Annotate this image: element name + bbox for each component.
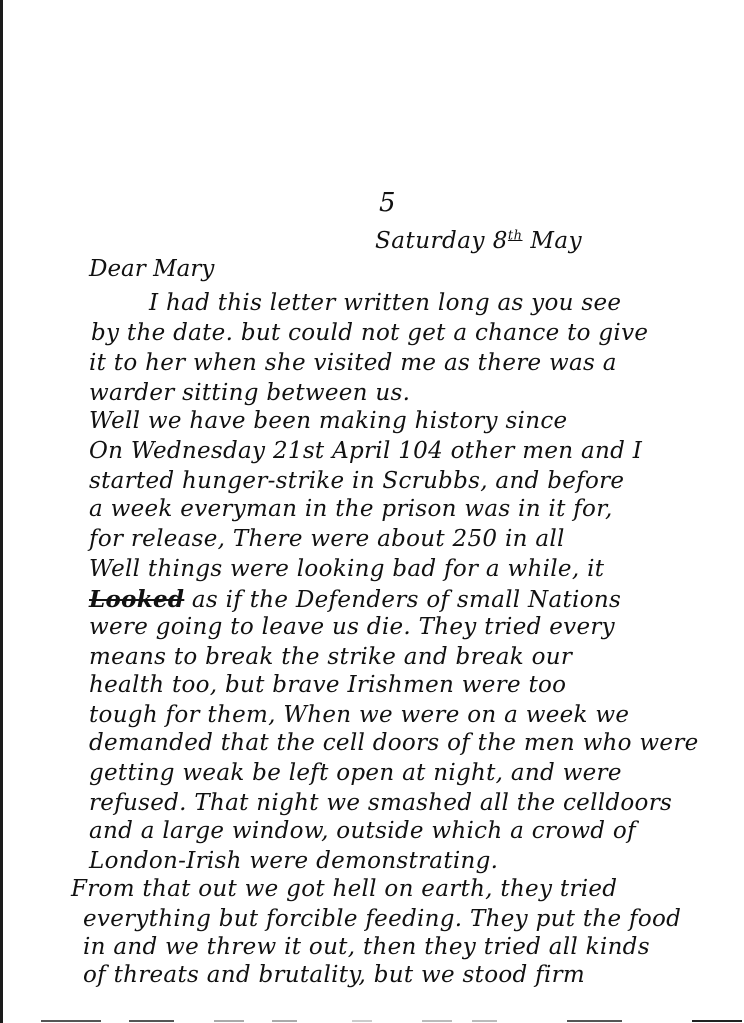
letter-line: by the date. but could not get a chance …	[91, 320, 648, 346]
letter-date: Saturday 8th May	[375, 228, 582, 254]
letter-line: in and we threw it out, then they tried …	[83, 934, 650, 960]
line-text: I had this letter written long as you se…	[149, 290, 621, 316]
date-day: Saturday 8	[375, 228, 508, 254]
letter-line: refused. That night we smashed all the c…	[89, 790, 672, 816]
line-text: warder sitting between us.	[89, 380, 410, 406]
letter-line: warder sitting between us.	[89, 380, 410, 406]
letter-line: everything but forcible feeding. They pu…	[83, 906, 681, 932]
line-text: by the date. but could not get a chance …	[91, 320, 648, 346]
line-text: On Wednesday 21st April 104 other men an…	[89, 438, 642, 464]
letter-line: of threats and brutality, but we stood f…	[83, 962, 585, 988]
letter-line: for release, There were about 250 in all	[89, 526, 565, 552]
letter-line: a week everyman in the prison was in it …	[89, 496, 613, 522]
line-text: a week everyman in the prison was in it …	[89, 496, 613, 522]
letter-line: London-Irish were demonstrating.	[89, 848, 498, 874]
letter-line: From that out we got hell on earth, they…	[71, 876, 617, 902]
line-text: of threats and brutality, but we stood f…	[83, 962, 585, 988]
line-text: refused. That night we smashed all the c…	[89, 790, 672, 816]
line-text: everything but forcible feeding. They pu…	[83, 906, 681, 932]
letter-line: tough for them, When we were on a week w…	[89, 702, 629, 728]
page-number: 5	[379, 188, 396, 218]
struck-word: Looked	[89, 586, 184, 613]
letter-line: health too, but brave Irishmen were too	[89, 672, 566, 698]
letter-line: were going to leave us die. They tried e…	[89, 614, 615, 640]
letter-line: Well we have been making history since	[89, 408, 567, 434]
line-text: Well we have been making history since	[89, 408, 567, 434]
line-text: Well things were looking bad for a while…	[89, 556, 604, 582]
letter-line: means to break the strike and break our	[89, 644, 572, 670]
line-text: getting weak be left open at night, and …	[89, 760, 622, 786]
line-text: health too, but brave Irishmen were too	[89, 672, 566, 698]
letter-line: started hunger-strike in Scrubbs, and be…	[89, 468, 624, 494]
letter-line: getting weak be left open at night, and …	[89, 760, 622, 786]
letter-line: and a large window, outside which a crow…	[89, 818, 636, 844]
scan-bottom-edge	[3, 1019, 744, 1023]
letter-line: I had this letter written long as you se…	[149, 290, 621, 316]
date-month: May	[530, 228, 582, 254]
letter-line: demanded that the cell doors of the men …	[89, 730, 699, 756]
line-text: London-Irish were demonstrating.	[89, 848, 498, 874]
line-text: From that out we got hell on earth, they…	[71, 876, 617, 902]
line-text: and a large window, outside which a crow…	[89, 818, 636, 844]
line-text: demanded that the cell doors of the men …	[89, 730, 699, 756]
line-text: started hunger-strike in Scrubbs, and be…	[89, 468, 624, 494]
letter-line: it to her when she visited me as there w…	[89, 350, 617, 376]
line-text: means to break the strike and break our	[89, 644, 572, 670]
letter-line: On Wednesday 21st April 104 other men an…	[89, 438, 642, 464]
line-text: it to her when she visited me as there w…	[89, 350, 617, 376]
date-suffix: th	[508, 228, 523, 243]
line-text: tough for them, When we were on a week w…	[89, 702, 629, 728]
line-text: as if the Defenders of small Nations	[184, 587, 621, 613]
line-text: for release, There were about 250 in all	[89, 526, 565, 552]
letter-page: 5 Saturday 8th May Dear Mary I had this …	[0, 0, 744, 1023]
letter-line: Looked as if the Defenders of small Nati…	[89, 586, 621, 613]
letter-line: Well things were looking bad for a while…	[89, 556, 604, 582]
salutation: Dear Mary	[89, 256, 214, 282]
line-text: in and we threw it out, then they tried …	[83, 934, 650, 960]
line-text: were going to leave us die. They tried e…	[89, 614, 615, 640]
